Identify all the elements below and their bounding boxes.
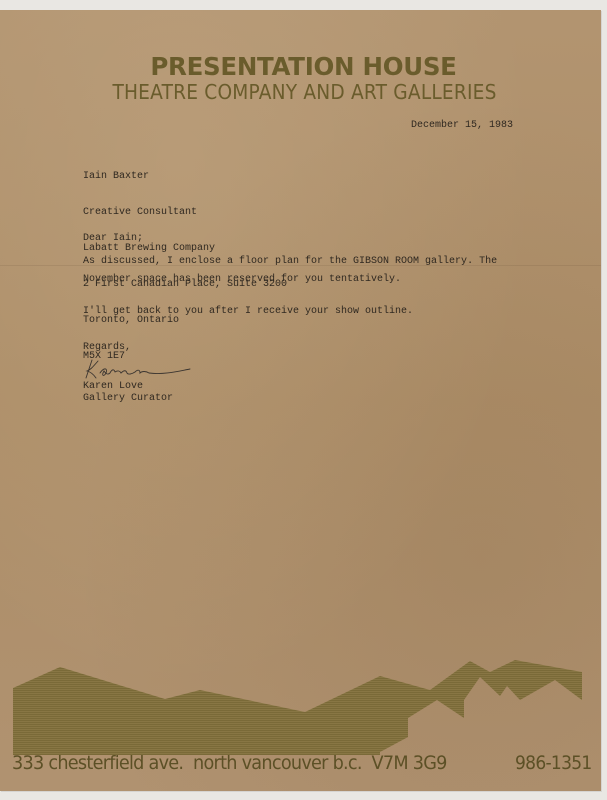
signer-title: Gallery Curator <box>83 393 173 405</box>
recipient-line: Creative Consultant <box>83 207 287 219</box>
recipient-line: Iain Baxter <box>83 171 287 183</box>
letterhead-title: PRESENTATION HOUSE <box>0 52 607 81</box>
closing: Regards, <box>83 342 131 354</box>
body-paragraph: As discussed, I enclose a floor plan for… <box>83 253 497 289</box>
mountain-skyline-graphic <box>0 640 607 765</box>
letter-date: December 15, 1983 <box>411 120 513 132</box>
mountains-shape <box>13 660 582 755</box>
footer-phone: 986-1351 <box>515 752 592 774</box>
letterhead-subtitle: THEATRE COMPANY AND ART GALLERIES <box>22 80 587 104</box>
body-paragraph: I'll get back to you after I receive you… <box>83 306 413 318</box>
salutation: Dear Iain; <box>83 233 143 245</box>
handwritten-signature <box>84 358 194 382</box>
footer-address: 333 chesterfield ave. north vancouver b.… <box>12 752 447 782</box>
signer-name: Karen Love <box>83 381 143 393</box>
